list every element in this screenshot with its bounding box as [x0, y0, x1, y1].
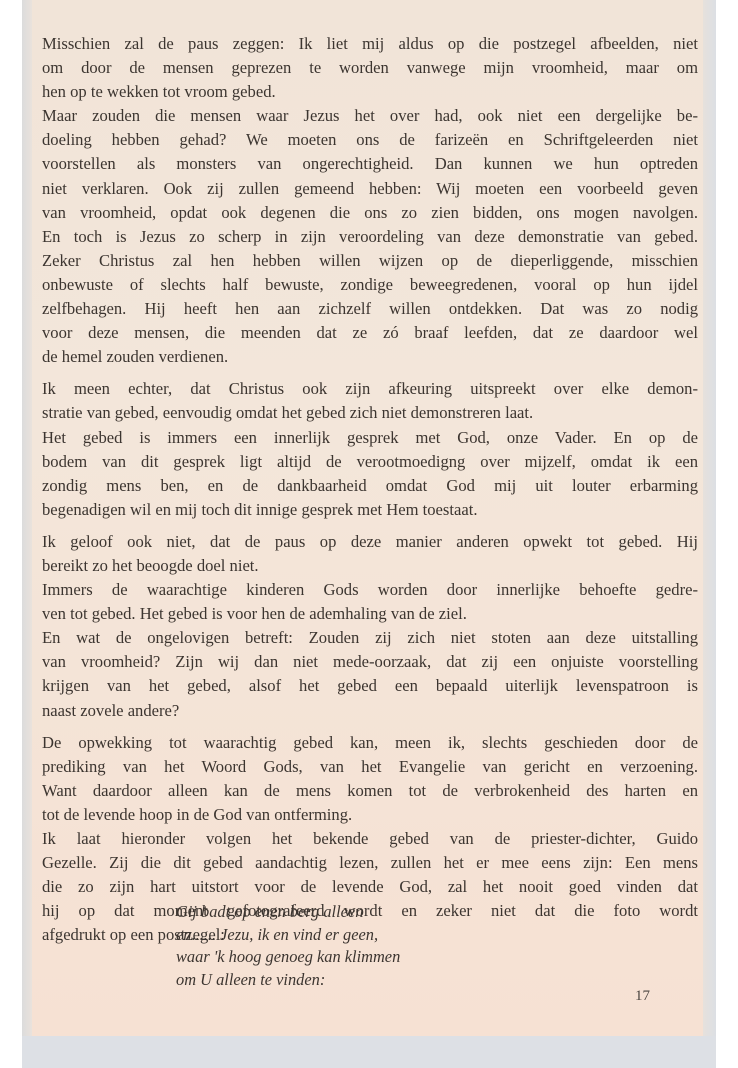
text-line: de hemel zouden verdienen.: [42, 345, 698, 369]
body-text: Misschien zal de paus zeggen: Ik liet mi…: [42, 32, 698, 955]
text-line: Ik geloof ook niet, dat de paus op deze …: [42, 530, 698, 554]
text-line: stratie van gebed, eenvoudig omdat het g…: [42, 401, 698, 425]
text-line: van vroomheid? Zijn wij dan niet mede-oo…: [42, 650, 698, 674]
text-line: De opwekking tot waarachtig gebed kan, m…: [42, 731, 698, 755]
text-line: En toch is Jezus zo scherp in zijn veroo…: [42, 225, 698, 249]
text-line: Het gebed is immers een innerlijk gespre…: [42, 426, 698, 450]
poem-quote: Gij badt op enen berg alleen en...... Je…: [176, 901, 400, 991]
text-line: om door de mensen geprezen te worden van…: [42, 56, 698, 80]
text-line: onbewuste of slechts half bewuste, zondi…: [42, 273, 698, 297]
text-line: zelfbehagen. Hij heeft hen aan zichzelf …: [42, 297, 698, 321]
text-line: doeling hebben gehad? We moeten ons de f…: [42, 128, 698, 152]
page-edge-right: [703, 0, 716, 1068]
text-line: die zo zijn hart uitstort voor de levend…: [42, 875, 698, 899]
poem-line: Gij badt op enen berg alleen: [176, 901, 400, 924]
text-line: En wat de ongelovigen betreft: Zouden zi…: [42, 626, 698, 650]
text-line: voor deze mensen, die meenden dat ze zó …: [42, 321, 698, 345]
text-line: niet verklaren. Ook zij zullen gemeend h…: [42, 177, 698, 201]
text-line: krijgen van het gebed, alsof het gebed e…: [42, 674, 698, 698]
poem-line: en...... Jezu, ik en vind er geen,: [176, 924, 400, 947]
text-line: naast zovele andere?: [42, 699, 698, 723]
page-number: 17: [635, 988, 650, 1005]
text-line: Gezelle. Zij die dit gebed aandachtig le…: [42, 851, 698, 875]
text-line: Want daardoor alleen kan de mens komen t…: [42, 779, 698, 803]
text-line: ven tot gebed. Het gebed is voor hen de …: [42, 602, 698, 626]
text-line: voorstellen als monsters van ongerechtig…: [42, 152, 698, 176]
page-edge-bottom: [22, 1036, 716, 1068]
text-line: Misschien zal de paus zeggen: Ik liet mi…: [42, 32, 698, 56]
poem-line: waar 'k hoog genoeg kan klimmen: [176, 946, 400, 969]
text-line: hen op te wekken tot vroom gebed.: [42, 80, 698, 104]
paragraph: Ik geloof ook niet, dat de paus op deze …: [42, 530, 698, 723]
text-line: Maar zouden die mensen waar Jezus het ov…: [42, 104, 698, 128]
text-line: Immers de waarachtige kinderen Gods word…: [42, 578, 698, 602]
paragraph: Ik meen echter, dat Christus ook zijn af…: [42, 377, 698, 522]
text-line: zondig mens ben, en de dankbaarheid omda…: [42, 474, 698, 498]
poem-line: om U alleen te vinden:: [176, 969, 400, 992]
text-line: tot de levende hoop in de God van ontfer…: [42, 803, 698, 827]
text-line: van vroomheid, opdat ook degenen die ons…: [42, 201, 698, 225]
text-line: Ik laat hieronder volgen het bekende geb…: [42, 827, 698, 851]
text-line: Ik meen echter, dat Christus ook zijn af…: [42, 377, 698, 401]
text-line: Zeker Christus zal hen hebben willen wij…: [42, 249, 698, 273]
paragraph: Misschien zal de paus zeggen: Ik liet mi…: [42, 32, 698, 369]
text-line: bereikt zo het beoogde doel niet.: [42, 554, 698, 578]
text-line: prediking van het Woord Gods, van het Ev…: [42, 755, 698, 779]
text-line: bodem van dit gesprek ligt altijd de ver…: [42, 450, 698, 474]
text-line: begenadigen wil en mij toch dit innige g…: [42, 498, 698, 522]
